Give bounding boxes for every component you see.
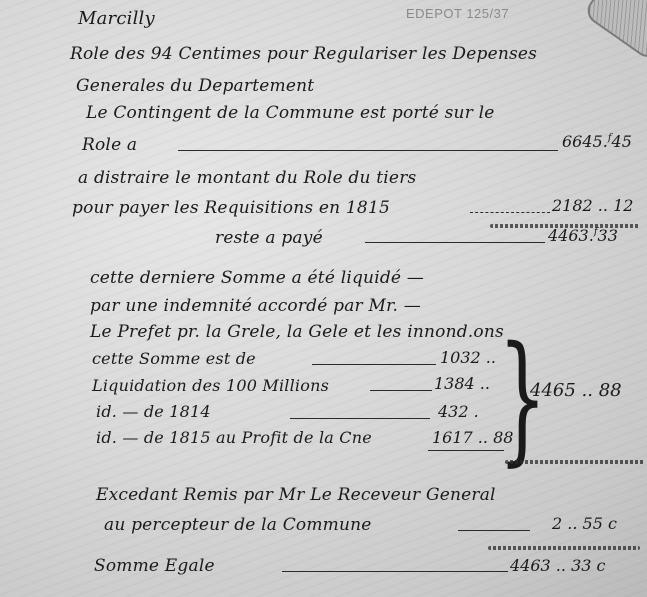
liquidation-item-amount: 1384 .. [434, 374, 490, 393]
liquidation-line-2: par une indemnité accordé par Mr. — [90, 296, 421, 316]
liquidation-item-label: Liquidation des 100 Millions [92, 376, 329, 395]
somme-egale-amount: 4463 .. 33 c [510, 556, 605, 575]
liquidation-item-label: id. — de 1814 [96, 402, 211, 421]
leader-line [282, 571, 508, 572]
sum-underline [428, 450, 504, 451]
liquidation-total: 4465 .. 88 [530, 380, 622, 401]
liquidation-item-amount: 432 . [438, 402, 479, 421]
archival-document-page: EDEPOT 125/37 Marcilly Role des 94 Centi… [0, 0, 647, 597]
title-line-2: Generales du Departement [76, 76, 314, 96]
document-heading: Marcilly [78, 8, 155, 29]
archive-stamp: EDEPOT 125/37 [406, 6, 509, 21]
leader-line [312, 364, 436, 365]
liquidation-line-1: cette derniere Somme a été liquidé — [90, 268, 424, 288]
folded-page-corner [582, 0, 647, 62]
leader-line [290, 418, 430, 419]
liquidation-item-amount: 1032 .. [440, 348, 496, 367]
leader-line [365, 242, 545, 243]
excedent-line-1: Excedant Remis par Mr Le Receveur Genera… [96, 485, 496, 505]
leader-line [470, 212, 550, 213]
title-line-1: Role des 94 Centimes pour Regulariser le… [70, 44, 537, 64]
reste-amount: 4463.f33 [548, 226, 618, 245]
total-flourish [505, 460, 645, 464]
contingent-line-2: Role a [82, 135, 137, 155]
contingent-amount: 6645.f45 [562, 132, 632, 151]
somme-egale-label: Somme Egale [94, 556, 215, 576]
distraction-line-1: a distraire le montant du Role du tiers [78, 168, 416, 188]
reste-label: reste a payé [215, 228, 323, 248]
leader-line [370, 390, 432, 391]
subtotal-flourish [488, 546, 640, 550]
distraction-line-2: pour payer les Requisitions en 1815 [72, 198, 390, 218]
leader-line [178, 150, 558, 151]
liquidation-item-label: cette Somme est de [92, 349, 256, 368]
grouping-brace: } [498, 333, 509, 465]
distraction-amount: 2182 .. 12 [552, 196, 633, 215]
contingent-line-1: Le Contingent de la Commune est porté su… [86, 103, 495, 123]
liquidation-line-3: Le Prefet pr. la Grele, la Gele et les i… [90, 322, 504, 342]
excedent-amount: 2 .. 55 c [552, 514, 617, 533]
excedent-line-2: au percepteur de la Commune [104, 515, 372, 535]
leader-line [458, 530, 530, 531]
liquidation-item-label: id. — de 1815 au Profit de la Cne [96, 428, 372, 447]
